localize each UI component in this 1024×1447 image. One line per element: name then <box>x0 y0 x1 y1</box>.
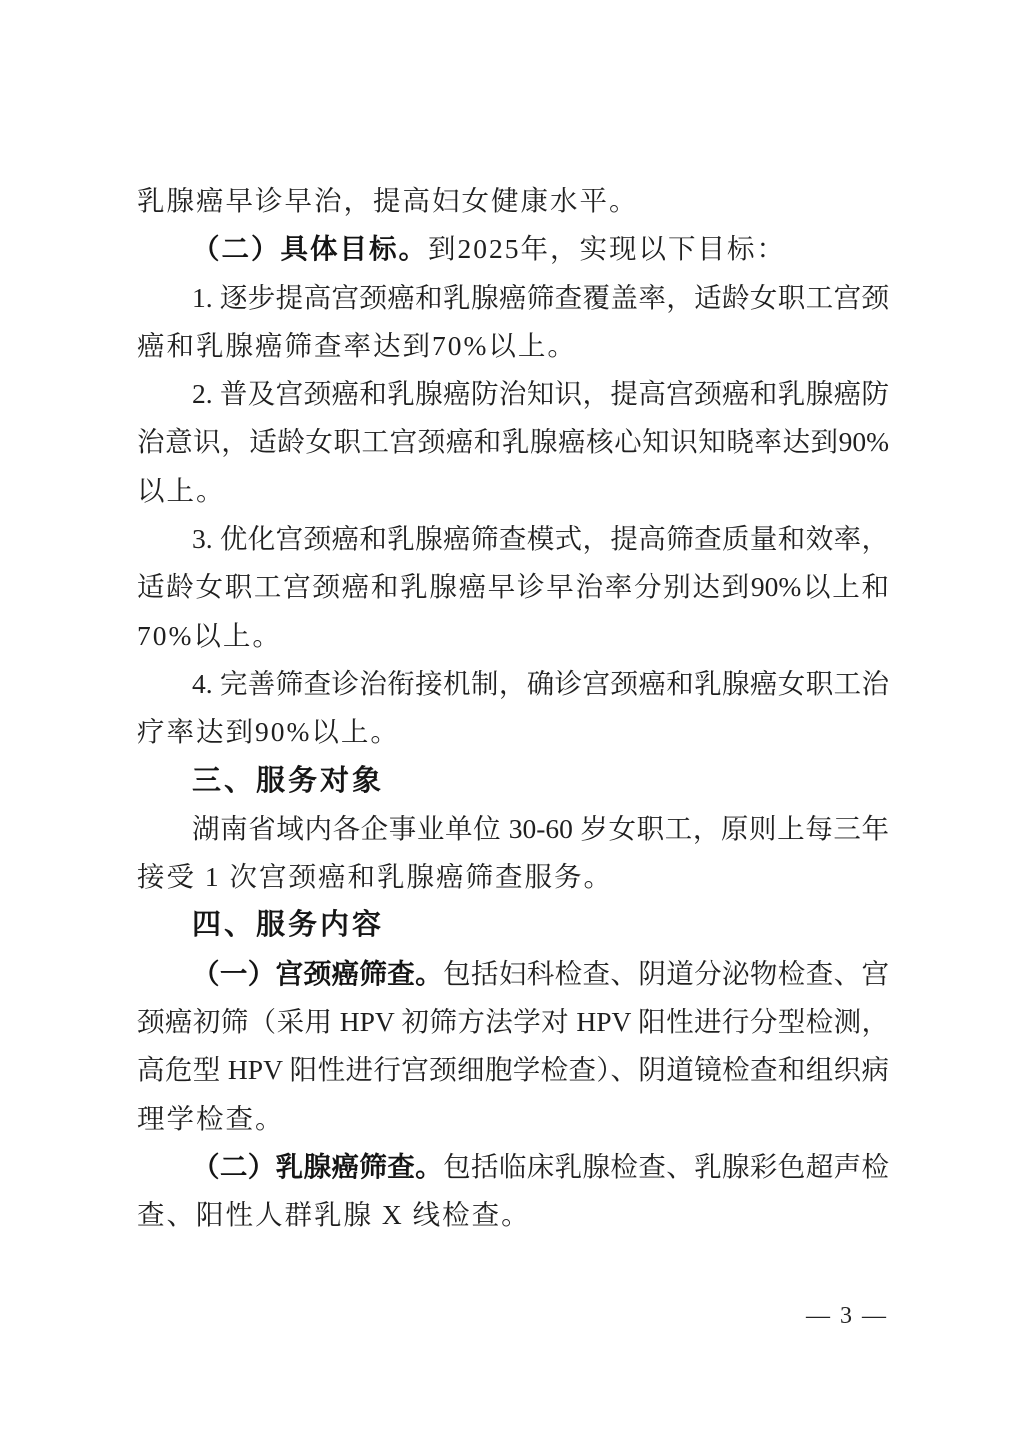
text-segment: 治意识，适龄女职工宫颈癌和乳腺癌核心知识知晓率达到90% <box>137 426 889 457</box>
text-segment: 包括临床乳腺检查、乳腺彩色超声检 <box>443 1151 889 1182</box>
text-segment: 3. 优化宫颈癌和乳腺癌筛查模式，提高筛查质量和效率， <box>192 523 889 554</box>
page-number: — 3 — <box>0 1303 888 1330</box>
text-line: 疗率达到90%以上。 <box>137 708 889 756</box>
document-body: 乳腺癌早诊早治，提高妇女健康水平。（二）具体目标。到2025年，实现以下目标：1… <box>137 177 889 1240</box>
text-line: 70%以上。 <box>137 612 889 660</box>
text-segment: 包括妇科检查、阴道分泌物检查、宫 <box>443 958 889 989</box>
text-segment: 四、服务内容 <box>192 909 384 941</box>
paragraph-lead: （二）具体目标。 <box>192 233 428 264</box>
text-line: 查、阳性人群乳腺 X 线检查。 <box>137 1191 889 1239</box>
text-segment: 以上。 <box>137 475 226 506</box>
text-segment: 乳腺癌早诊早治，提高妇女健康水平。 <box>137 185 639 216</box>
text-line: 适龄女职工宫颈癌和乳腺癌早诊早治率分别达到90%以上和 <box>137 563 889 611</box>
text-segment: 查、阳性人群乳腺 X 线检查。 <box>137 1199 531 1230</box>
text-segment: 接受 1 次宫颈癌和乳腺癌筛查服务。 <box>137 861 613 892</box>
text-segment: 2. 普及宫颈癌和乳腺癌防治知识，提高宫颈癌和乳腺癌防 <box>192 378 889 409</box>
text-segment: 高危型 HPV 阳性进行宫颈细胞学检查）、阴道镜检查和组织病 <box>137 1054 889 1085</box>
text-line: （二）具体目标。到2025年，实现以下目标： <box>137 225 889 273</box>
text-line: 理学检查。 <box>137 1095 889 1143</box>
text-line: 治意识，适龄女职工宫颈癌和乳腺癌核心知识知晓率达到90% <box>137 418 889 466</box>
text-line: 颈癌初筛（采用 HPV 初筛方法学对 HPV 阳性进行分型检测， <box>137 998 889 1046</box>
text-line: 乳腺癌早诊早治，提高妇女健康水平。 <box>137 177 889 225</box>
text-segment: 70%以上。 <box>137 620 282 651</box>
paragraph-lead: （二）乳腺癌筛查。 <box>192 1151 443 1182</box>
text-line: 3. 优化宫颈癌和乳腺癌筛查模式，提高筛查质量和效率， <box>137 515 889 563</box>
text-line: 4. 完善筛查诊治衔接机制，确诊宫颈癌和乳腺癌女职工治 <box>137 660 889 708</box>
text-segment: 1. 逐步提高宫颈癌和乳腺癌筛查覆盖率，适龄女职工宫颈 <box>192 282 889 313</box>
text-line: 高危型 HPV 阳性进行宫颈细胞学检查）、阴道镜检查和组织病 <box>137 1046 889 1094</box>
text-segment: 癌和乳腺癌筛查率达到70%以上。 <box>137 330 577 361</box>
section-heading: 三、服务对象 <box>137 757 889 805</box>
text-line: 2. 普及宫颈癌和乳腺癌防治知识，提高宫颈癌和乳腺癌防 <box>137 370 889 418</box>
text-line: （一）宫颈癌筛查。包括妇科检查、阴道分泌物检查、宫 <box>137 950 889 998</box>
text-line: 接受 1 次宫颈癌和乳腺癌筛查服务。 <box>137 853 889 901</box>
text-segment: 适龄女职工宫颈癌和乳腺癌早诊早治率分别达到90%以上和 <box>137 571 889 602</box>
text-segment: 4. 完善筛查诊治衔接机制，确诊宫颈癌和乳腺癌女职工治 <box>192 668 889 699</box>
document-page: 乳腺癌早诊早治，提高妇女健康水平。（二）具体目标。到2025年，实现以下目标：1… <box>0 0 1024 1447</box>
text-segment: 湖南省域内各企事业单位 30-60 岁女职工，原则上每三年 <box>192 813 889 844</box>
text-line: （二）乳腺癌筛查。包括临床乳腺检查、乳腺彩色超声检 <box>137 1143 889 1191</box>
text-line: 以上。 <box>137 467 889 515</box>
paragraph-lead: （一）宫颈癌筛查。 <box>192 958 443 989</box>
text-segment: 理学检查。 <box>137 1103 285 1134</box>
text-segment: 疗率达到90%以上。 <box>137 716 400 747</box>
text-segment: 颈癌初筛（采用 HPV 初筛方法学对 HPV 阳性进行分型检测， <box>137 1006 889 1037</box>
text-line: 湖南省域内各企事业单位 30-60 岁女职工，原则上每三年 <box>137 805 889 853</box>
text-line: 1. 逐步提高宫颈癌和乳腺癌筛查覆盖率，适龄女职工宫颈 <box>137 274 889 322</box>
text-segment: 到2025年，实现以下目标： <box>428 233 786 264</box>
section-heading: 四、服务内容 <box>137 901 889 949</box>
text-segment: 三、服务对象 <box>192 765 384 797</box>
text-line: 癌和乳腺癌筛查率达到70%以上。 <box>137 322 889 370</box>
